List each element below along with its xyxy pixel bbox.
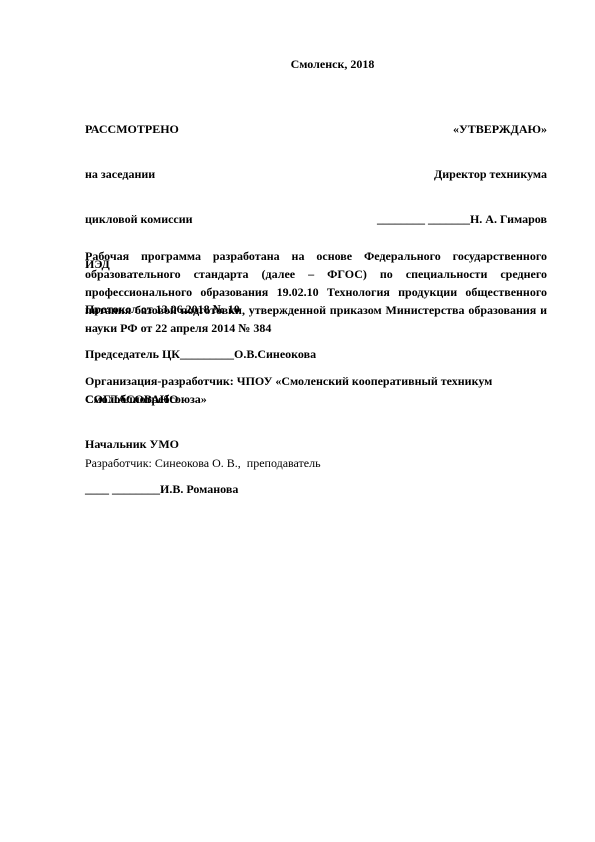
umo-head-line: Начальник УМО (85, 437, 316, 452)
director-signature-line: ________ _______Н. А. Гимаров (377, 212, 547, 227)
city-year-line: Смоленск, 2018 (70, 57, 595, 72)
developer-line: Разработчик: Синеокова О. В., преподават… (85, 456, 547, 471)
approved-block: «УТВЕРЖДАЮ» Директор техникума ________ … (377, 92, 547, 257)
approved-label: «УТВЕРЖДАЮ» (377, 122, 547, 137)
document-page: Смоленск, 2018 РАССМОТРЕНО на заседании … (0, 0, 595, 842)
organization-line-1: Организация-разработчик: ЧПОУ «Смоленски… (85, 372, 547, 390)
organization-developer-block: Организация-разработчик: ЧПОУ «Смоленски… (85, 372, 547, 408)
chairman-signature-line: Председатель ЦК_________О.В.Синеокова (85, 347, 316, 362)
umo-signature-line: ____ ________И.В. Романова (85, 482, 316, 497)
reviewed-label: РАССМОТРЕНО (85, 122, 316, 137)
organization-line-2: Смолоблпотребсоюза» (85, 390, 547, 408)
reviewed-commission-line: цикловой комиссии (85, 212, 316, 227)
director-title-line: Директор техникума (377, 167, 547, 182)
reviewed-meeting-line: на заседании (85, 167, 316, 182)
program-description-paragraph: Рабочая программа разработана на основе … (85, 247, 547, 337)
